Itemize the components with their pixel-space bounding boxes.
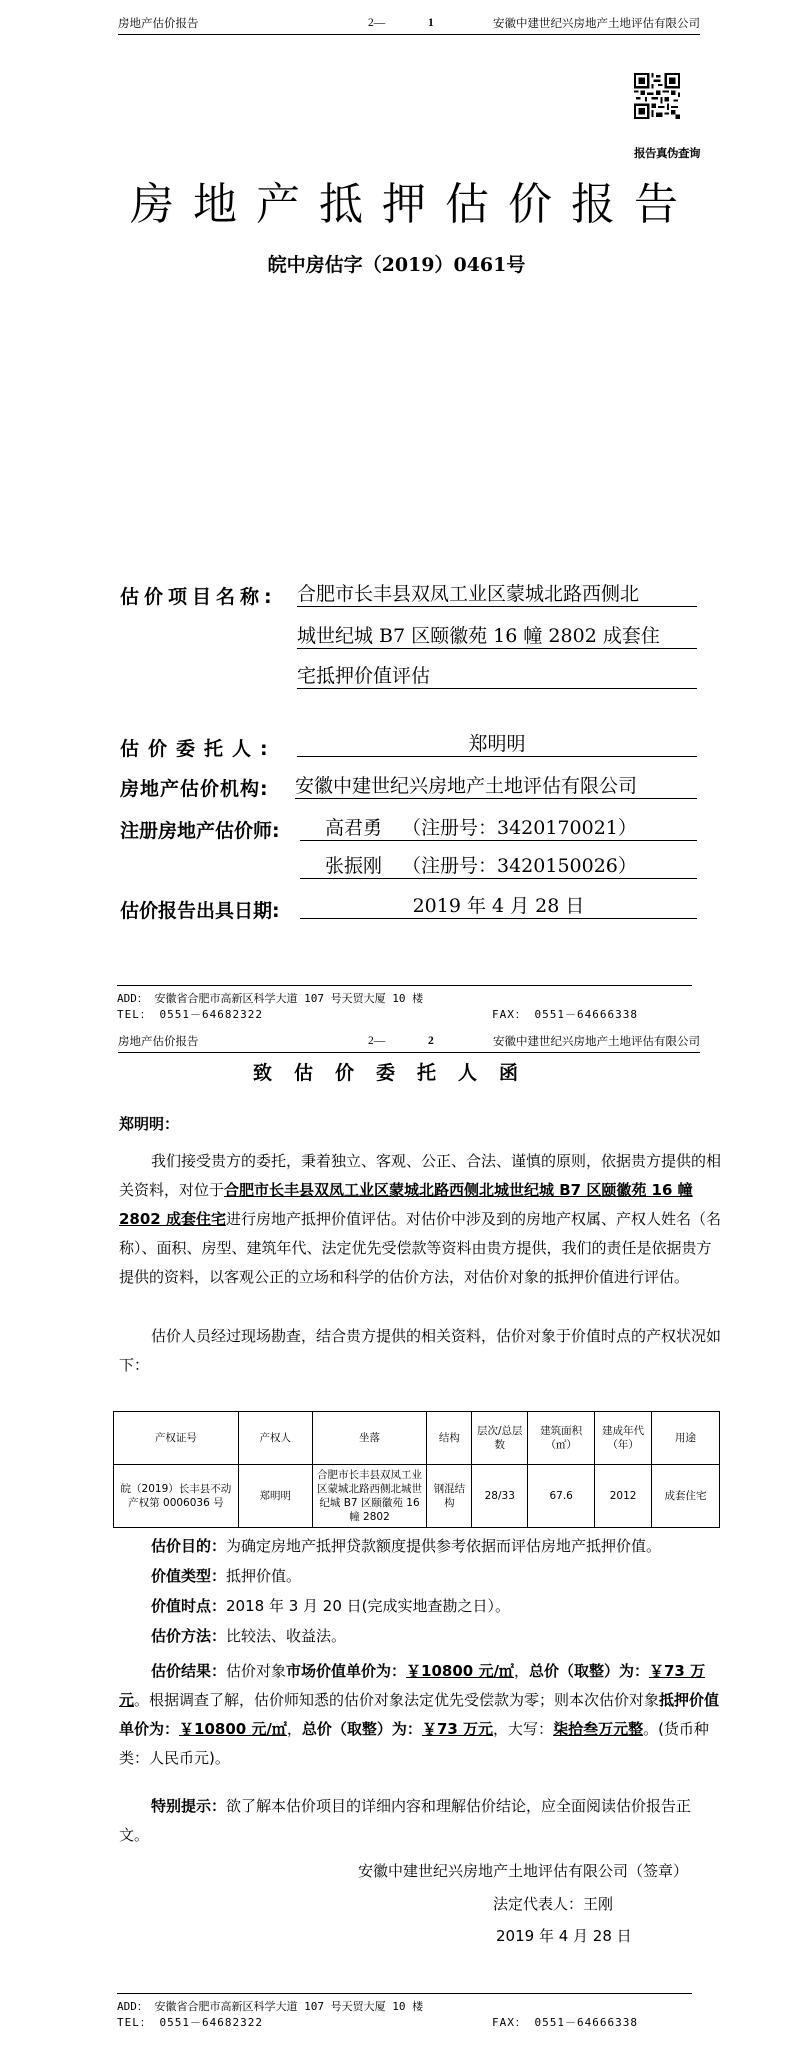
market-unit-price: ￥10800 元/㎡ (406, 1662, 514, 1680)
special-notice: 特别提示：欲了解本估价项目的详细内容和理解估价结论，应全面阅读估价报告正文。 (119, 1792, 721, 1850)
footer-rule (117, 1993, 692, 1994)
footer-contact: TEL： 0551－64682322 FAX： 0551－64666338 (117, 1007, 692, 1023)
appraiser-2: 张振刚（注册号：3420150026） (300, 854, 697, 879)
value-type-value: 抵押价值。 (226, 1567, 301, 1585)
result-text: 估价对象 (226, 1662, 286, 1680)
page-footer: ADD： 安徽省合肥市高新区科学大道 107 号天贸大厦 10 楼 TEL： 0… (117, 985, 692, 1023)
appraiser-1-reg: （注册号：3420170021） (402, 816, 637, 840)
header-page-number: 1 (428, 14, 434, 32)
table-header: 建筑面积（㎡） (528, 1412, 595, 1465)
purpose-label: 估价目的： (151, 1537, 226, 1555)
market-unit-label: 市场价值单价为： (286, 1662, 406, 1680)
qr-verify-label: 报告真伪查询 (634, 145, 700, 161)
amount-in-words: 柒拾叁万元整 (553, 1720, 643, 1738)
table-cell: 郑明明 (238, 1465, 312, 1528)
report-title: 房地产抵押估价报告 (130, 168, 697, 232)
valuation-result: 估价结果：估价对象市场价值单价为：￥10800 元/㎡，总价（取整）为：￥73 … (119, 1657, 721, 1773)
header-page-number: 2 (428, 1032, 434, 1050)
purpose: 估价目的：为确定房地产抵押贷款额度提供参考依据而评估房地产抵押价值。 (119, 1532, 721, 1561)
table-header: 结构 (427, 1412, 472, 1465)
value-type: 价值类型：抵押价值。 (119, 1562, 721, 1591)
client-value: 郑明明 (297, 732, 697, 757)
document-number: 皖中房估字（2019）0461号 (0, 250, 793, 277)
header-report-type: 房地产估价报告 (118, 1032, 199, 1050)
project-name-label: 估价项目名称: (120, 582, 277, 609)
mortgage-total-price: ￥73 万元 (422, 1720, 493, 1738)
result-text: ， (287, 1720, 302, 1738)
purpose-value: 为确定房地产抵押贷款额度提供参考依据而评估房地产抵押价值。 (226, 1537, 661, 1555)
footer-contact: TEL： 0551－64682322 FAX： 0551－64666338 (117, 2015, 692, 2031)
table-header: 坐落 (312, 1412, 427, 1465)
issue-date-value: 2019 年 4 月 28 日 (300, 894, 697, 919)
value-type-label: 价值类型： (151, 1567, 226, 1585)
footer-fax: FAX： 0551－64666338 (492, 1007, 638, 1023)
appraiser-2-reg: （注册号：3420150026） (402, 854, 637, 878)
result-text: 。根据调查了解，估价师知悉的估价对象法定优先受偿款为零；则本次估价对象 (134, 1691, 659, 1709)
methods-value: 比较法、收益法。 (226, 1627, 346, 1645)
letter-paragraph-1: 我们接受贵方的委托，秉着独立、客观、公正、合法、谨慎的原则，依据贵方提供的相关资… (119, 1147, 721, 1292)
header-company: 安徽中建世纪兴房地产土地评估有限公司 (493, 14, 700, 32)
property-table: 产权证号 产权人 坐落 结构 层次/总层数 建筑面积（㎡） 建成年代（年） 用途… (113, 1411, 720, 1528)
table-header: 建成年代（年） (595, 1412, 652, 1465)
client-label: 估价委托人: (120, 734, 277, 761)
header-company: 安徽中建世纪兴房地产土地评估有限公司 (493, 1032, 700, 1050)
mortgage-total-label: 总价（取整）为： (302, 1720, 422, 1738)
result-label: 估价结果： (151, 1662, 226, 1680)
table-header-row: 产权证号 产权人 坐落 结构 层次/总层数 建筑面积（㎡） 建成年代（年） 用途 (114, 1412, 720, 1465)
footer-rule (117, 985, 692, 986)
agency-value: 安徽中建世纪兴房地产土地评估有限公司 (295, 774, 697, 799)
appraiser-2-name: 张振刚 (300, 854, 382, 878)
footer-fax: FAX： 0551－64666338 (492, 2015, 638, 2031)
letter-title: 致估价委托人函 (0, 1058, 793, 1085)
table-cell: 合肥市长丰县双凤工业区蒙城北路西侧北城世纪城 B7 区颐徽苑 16 幢 2802 (312, 1465, 427, 1528)
signature-company: 安徽中建世纪兴房地产土地评估有限公司（签章） (358, 1860, 688, 1881)
footer-tel: TEL： 0551－64682322 (117, 1008, 263, 1021)
table-cell: 28/33 (472, 1465, 528, 1528)
project-name-line-1: 合肥市长丰县双凤工业区蒙城北路西侧北 (297, 582, 697, 607)
page-header: 房地产估价报告 2— 2 安徽中建世纪兴房地产土地评估有限公司 (118, 1032, 700, 1053)
value-date-label: 价值时点： (151, 1597, 226, 1615)
table-header: 层次/总层数 (472, 1412, 528, 1465)
table-header: 产权证号 (114, 1412, 239, 1465)
table-cell: 钢混结构 (427, 1465, 472, 1528)
issue-date-label: 估价报告出具日期: (120, 896, 280, 923)
footer-tel: TEL： 0551－64682322 (117, 2016, 263, 2029)
header-total-pages: 2— (368, 14, 385, 32)
signature-date: 2019 年 4 月 28 日 (496, 1925, 632, 1946)
methods: 估价方法：比较法、收益法。 (119, 1622, 721, 1651)
project-name-line-2: 城世纪城 B7 区颐徽苑 16 幢 2802 成套住 (297, 624, 697, 649)
table-header: 用途 (652, 1412, 720, 1465)
header-report-type: 房地产估价报告 (118, 14, 199, 32)
table-header: 产权人 (238, 1412, 312, 1465)
header-total-pages: 2— (368, 1032, 385, 1050)
result-text: ， (514, 1662, 529, 1680)
salutation: 郑明明： (119, 1110, 721, 1139)
value-date: 价值时点：2018 年 3 月 20 日(完成实地查勘之日）。 (119, 1592, 721, 1621)
page-header: 房地产估价报告 2— 1 安徽中建世纪兴房地产土地评估有限公司 (118, 14, 700, 35)
table-row: 皖（2019）长丰县不动产权第 0006036 号 郑明明 合肥市长丰县双凤工业… (114, 1465, 720, 1528)
letter-paragraph-2: 估价人员经过现场勘查，结合贵方提供的相关资料，估价对象于价值时点的产权状况如下： (119, 1322, 721, 1380)
appraisers-label: 注册房地产估价师: (120, 816, 280, 843)
table-cell: 67.6 (528, 1465, 595, 1528)
methods-label: 估价方法： (151, 1627, 226, 1645)
footer-address: ADD： 安徽省合肥市高新区科学大道 107 号天贸大厦 10 楼 (117, 991, 692, 1007)
result-text: ，大写： (493, 1720, 553, 1738)
mortgage-unit-price: ￥10800 元/㎡ (179, 1720, 287, 1738)
table-cell: 成套住宅 (652, 1465, 720, 1528)
value-date-value: 2018 年 3 月 20 日(完成实地查勘之日）。 (226, 1597, 510, 1615)
appraiser-1: 高君勇（注册号：3420170021） (300, 816, 697, 841)
project-name-line-3: 宅抵押价值评估 (297, 664, 697, 689)
notice-label: 特别提示： (151, 1797, 226, 1815)
footer-address: ADD： 安徽省合肥市高新区科学大道 107 号天贸大厦 10 楼 (117, 1999, 692, 2015)
market-total-label: 总价（取整）为： (529, 1662, 649, 1680)
qr-code-icon[interactable] (634, 63, 680, 129)
agency-label: 房地产估价机构: (120, 774, 269, 801)
signature-representative: 法定代表人：王刚 (493, 1893, 613, 1914)
table-cell: 2012 (595, 1465, 652, 1528)
table-cell: 皖（2019）长丰县不动产权第 0006036 号 (114, 1465, 239, 1528)
page-footer: ADD： 安徽省合肥市高新区科学大道 107 号天贸大厦 10 楼 TEL： 0… (117, 1993, 692, 2031)
appraiser-1-name: 高君勇 (300, 816, 382, 840)
